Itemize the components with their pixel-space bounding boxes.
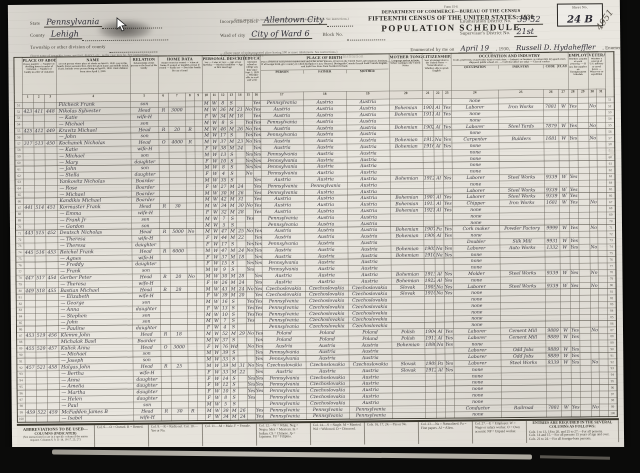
entry-cell: 34 [221, 414, 230, 420]
entry-cell [161, 414, 171, 420]
entry-cell: none [454, 411, 501, 418]
entry-cell: Pennsylvania [306, 413, 349, 420]
line-number-column-header [605, 52, 614, 97]
column-group-instructions: of each person whose place of abode on A… [57, 62, 130, 73]
column-group-label: EMPLOYMENT [569, 53, 588, 58]
column-number: 10 [202, 93, 210, 101]
entry-cell [436, 412, 445, 418]
entry-cell [425, 412, 436, 419]
entry-cell: 24 [238, 414, 247, 420]
township-label: Township or other division of county [30, 44, 105, 50]
enumerated-prefix: Enumerated by me on [410, 47, 454, 52]
entry-cell [571, 410, 580, 416]
column-number: 6 [158, 93, 168, 101]
entry-cell: W [213, 414, 221, 420]
sub-column-label: PERSON [261, 70, 304, 74]
column-group-instructions: Attended school or college any time sinc… [245, 61, 260, 82]
entry-cell [546, 411, 561, 418]
column-group-instructions: Whether actually at work yesterday — If … [569, 58, 588, 76]
sub-column-label: FATHER [303, 70, 346, 74]
sheet-value: 24 B [567, 14, 593, 25]
column-group-instructions: House number — Number of dwelling house … [23, 63, 56, 74]
abbreviation-block: Col. 12.—W = White. Neg = Negro. Mex = M… [257, 423, 311, 446]
form-header: State Pennsylvania County Lehigh Townshi… [8, 0, 620, 57]
entries-note: Cols. 21 to 24.—For all foreign-born per… [529, 437, 616, 442]
entry-cell [197, 414, 205, 420]
column-number: 5 [130, 93, 158, 101]
entry-cell: wife-H [133, 415, 161, 422]
sub-column-label: INDUSTRY [498, 65, 543, 69]
column-group-header: NAMEof each person whose place of abode … [56, 56, 130, 94]
entry-cell [591, 410, 599, 416]
entry-cell [47, 415, 59, 422]
column-group-header: RELATIONRelationship of this person to t… [130, 56, 158, 93]
ward-value: City of Ward 6 [249, 29, 312, 40]
column-number: 7 [168, 93, 185, 101]
abbreviations-footer: ABBREVIATIONS TO BE USED— COLUMNS (INDIC… [17, 418, 619, 448]
column-number: 30 [588, 89, 596, 97]
census-sheet-scan: State Pennsylvania County Lehigh Townshi… [8, 0, 624, 454]
entry-cell [25, 416, 36, 423]
column-group-header: PLACE OF ABODEHouse number — Number of d… [22, 57, 56, 94]
entry-cell [580, 410, 591, 417]
entry-cell [561, 411, 571, 417]
column-group-header: PERSONAL DESCRIPTIONSex — Color or race … [202, 55, 244, 92]
abbreviation-block: Col. 23.—Na = Naturalized. Pa = First pa… [419, 422, 473, 445]
next-page-edge-fragment [540, 455, 610, 459]
ward-label: Ward of city [220, 33, 245, 38]
sub-column-label: CLASS [557, 65, 567, 69]
column-group-instructions: Relationship of this person to the head … [131, 62, 158, 70]
entry-cell: — Isabel [59, 415, 133, 422]
abbreviation-block: Col. 14.—S = Single. M = Married. Wd = W… [311, 423, 365, 446]
column-number: 3 [44, 94, 56, 102]
column-group-instructions: Year of immigration to the United States… [423, 59, 451, 72]
column-number: 29 [577, 89, 588, 97]
column-number: 27 [558, 89, 568, 97]
enumerator-suffix: , Enumerator [602, 45, 624, 50]
column-number: 31 [596, 89, 605, 97]
entry-cell [247, 414, 255, 420]
population-schedule-table: PLACE OF ABODEHouse number — Number of d… [13, 51, 618, 423]
column-group-header: EMPLOYMENTWhether actually at work yeste… [568, 52, 588, 89]
column-group-label: VETERANS [589, 53, 605, 58]
column-number: 9 [194, 93, 202, 101]
column-group-label: EDUCATION [245, 56, 260, 61]
entry-cell: Yes [255, 414, 263, 420]
entry-cell [501, 411, 546, 418]
column-group-header: PLACE OF BIRTHPlace of birth of each per… [260, 54, 389, 92]
abbreviation-block: Col. 27.—E = Employer. W = Wage or salar… [473, 421, 527, 444]
mouse-cursor [116, 17, 128, 33]
column-group-header: VETERANSWhether a veteran of U.S. milita… [588, 52, 605, 89]
line-number-cell: 100 [608, 410, 617, 416]
column-number: 1 [22, 94, 33, 102]
sub-column-label: CODE [543, 65, 558, 69]
column-number: 12 [218, 92, 227, 100]
column-number: 13 [227, 92, 235, 100]
next-page-edge [52, 449, 532, 459]
sheet-label: Sheet No. [558, 5, 602, 9]
entry-cell: M [230, 414, 238, 420]
entry-cell [36, 416, 47, 423]
column-number: 26 [543, 89, 558, 97]
column-number: 2 [33, 94, 44, 102]
entries-notes: Cols. 1 to 13, 18 to 20, and 25 to 27.—F… [529, 430, 616, 442]
column-number: 23 [442, 90, 451, 98]
column-group-header: OCCUPATION AND INDUSTRYTrade, profession… [451, 52, 568, 90]
film-bottom-band [0, 447, 640, 473]
census-table-zone: PLACE OF ABODEHouse number — Number of d… [13, 51, 618, 423]
entry-cell [188, 414, 197, 420]
column-number: 22 [433, 90, 442, 98]
block-rule [347, 33, 385, 40]
sub-column-label: MOTHER [346, 69, 389, 73]
enumerated-year: , 1930, [496, 46, 510, 51]
column-group-instructions: Home owned or rented — Value of home, if… [159, 62, 202, 73]
column-number: 21 [422, 90, 433, 98]
abbreviation-columns: Col. 6.—O = Owned. R = Rented.Col. 9.—R … [95, 421, 527, 447]
column-number: 15 [244, 92, 252, 100]
abbreviation-block: Col. 11.—M = Male. F = Female. [203, 424, 257, 447]
entries-required-block: ENTRIES ARE REQUIRED IN THE SEVERAL COLU… [527, 420, 619, 443]
abbreviation-block: Col. 9.—R = Radio set. Col. 10.—Yes or N… [149, 424, 203, 447]
column-group-instructions: Whether a veteran of U.S. military or na… [589, 58, 605, 76]
abbreviation-block: Col. 6.—O = Owned. R = Rented. [95, 425, 149, 448]
entry-cell [599, 410, 608, 416]
column-group-header: HOME DATAHome owned or rented — Value of… [158, 56, 202, 93]
column-group-header: CITIZENSHIP, ETC.Year of immigration to … [422, 53, 451, 90]
column-group-instructions: Sex — Color or race — Age at last birthd… [203, 61, 244, 69]
column-group-instructions: Language spoken in home before coming to… [390, 59, 422, 67]
column-number: 8 [185, 93, 194, 101]
sd-value: 21st [514, 27, 537, 37]
abbreviations-title-block: ABBREVIATIONS TO BE USED— COLUMNS (INDIC… [17, 425, 95, 448]
entry-cell: Pennsylvania [349, 412, 392, 419]
film-speck [609, 149, 614, 156]
column-group-instructions: Place of birth of each person enumerated… [261, 60, 389, 69]
entry-cell: Pennsylvania [263, 413, 306, 420]
column-number: 16 [252, 92, 260, 100]
sub-column-labels: PERSONFATHERMOTHER [261, 69, 389, 74]
sub-column-labels: OCCUPATIONINDUSTRYCODECLASS [452, 64, 568, 69]
column-group-instructions: Trade, profession, or particular kind of… [452, 58, 568, 64]
column-group-header: EDUCATIONAttended school or college any … [244, 55, 260, 92]
screenshot-root: { "scan": { "corner_note": "4951" }, "fo… [0, 0, 640, 473]
column-group-header: MOTHER TONGUE (OR NATIVE LANGUAGE) OF FO… [389, 53, 422, 90]
abbreviation-block: Cols. 16, 17, 24.—Yes or No. [365, 422, 419, 445]
sub-column-label: OCCUPATION [452, 65, 499, 69]
line-number-cell: 100 [17, 416, 25, 422]
abbreviations-note: (See instructions for use in a specific … [19, 435, 92, 442]
entry-cell: F [205, 414, 213, 420]
entry-cell [392, 412, 425, 419]
column-number: 11 [210, 92, 218, 100]
column-number: 28 [568, 89, 577, 97]
column-number: 14 [235, 92, 244, 100]
entry-cell [171, 414, 188, 421]
entry-cell [445, 412, 454, 418]
sd-label: Supervisor's District No. [460, 30, 510, 35]
